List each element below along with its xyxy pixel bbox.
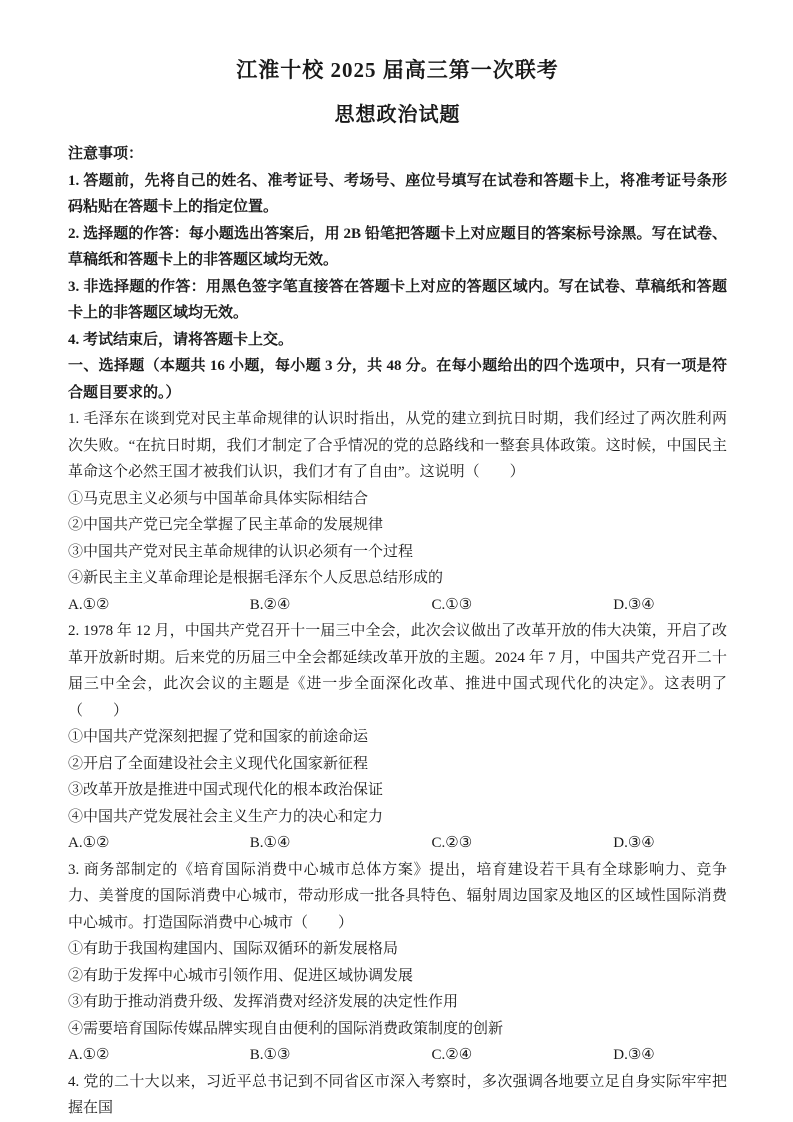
- question-4-stem-partial: 4. 党的二十大以来，习近平总书记到不同省区市深入考察时，多次强调各地要立足自身…: [68, 1069, 727, 1122]
- exam-title: 江淮十校 2025 届高三第一次联考: [68, 56, 727, 84]
- exam-subtitle: 思想政治试题: [68, 102, 727, 129]
- question-3-option-2: ②有助于发挥中心城市引领作用、促进区域协调发展: [68, 963, 727, 990]
- question-block-1: 1. 毛泽东在谈到党对民主革命规律的认识时指出，从党的建立到抗日时期，我们经过了…: [68, 406, 727, 618]
- notice-item-4: 4. 考试结束后，请将答题卡上交。: [68, 327, 727, 354]
- notice-item-1: 1. 答题前，先将自己的姓名、准考证号、考场号、座位号填写在试卷和答题卡上，将准…: [68, 168, 727, 221]
- choice-a: A.①②: [68, 592, 246, 619]
- choice-a: A.①②: [68, 830, 246, 857]
- question-2-answer-choices: A.①② B.①④ C.②③ D.③④: [68, 830, 727, 857]
- question-1-option-2: ②中国共产党已完全掌握了民主革命的发展规律: [68, 512, 727, 539]
- exam-paper: 江淮十校 2025 届高三第一次联考 思想政治试题 注意事项： 1. 答题前，先…: [0, 0, 793, 1122]
- question-3-option-4: ④需要培育国际传媒品牌实现自由便利的国际消费政策制度的创新: [68, 1016, 727, 1043]
- question-block-3: 3. 商务部制定的《培育国际消费中心城市总体方案》提出，培育建设若干具有全球影响…: [68, 857, 727, 1069]
- choice-b: B.①③: [250, 1042, 428, 1069]
- question-1-option-3: ③中国共产党对民主革命规律的认识必须有一个过程: [68, 539, 727, 566]
- question-1-option-1: ①马克思主义必须与中国革命具体实际相结合: [68, 486, 727, 513]
- choice-b: B.②④: [250, 592, 428, 619]
- choice-c: C.②④: [432, 1042, 610, 1069]
- question-2-option-1: ①中国共产党深刻把握了党和国家的前途命运: [68, 724, 727, 751]
- question-2-option-2: ②开启了全面建设社会主义现代化国家新征程: [68, 751, 727, 778]
- choice-a: A.①②: [68, 1042, 246, 1069]
- choice-b: B.①④: [250, 830, 428, 857]
- choice-d: D.③④: [613, 1042, 654, 1069]
- question-block-2: 2. 1978 年 12 月，中国共产党召开十一届三中全会，此次会议做出了改革开…: [68, 618, 727, 857]
- question-3-stem: 3. 商务部制定的《培育国际消费中心城市总体方案》提出，培育建设若干具有全球影响…: [68, 857, 727, 937]
- question-3-answer-choices: A.①② B.①③ C.②④ D.③④: [68, 1042, 727, 1069]
- choice-c: C.②③: [432, 830, 610, 857]
- notice-section: 注意事项： 1. 答题前，先将自己的姓名、准考证号、考场号、座位号填写在试卷和答…: [68, 141, 727, 353]
- question-1-answer-choices: A.①② B.②④ C.①③ D.③④: [68, 592, 727, 619]
- choice-d: D.③④: [613, 592, 654, 619]
- choice-c: C.①③: [432, 592, 610, 619]
- notice-item-3: 3. 非选择题的作答：用黑色签字笔直接答在答题卡上对应的答题区域内。写在试卷、草…: [68, 274, 727, 327]
- question-2-option-3: ③改革开放是推进中国式现代化的根本政治保证: [68, 777, 727, 804]
- question-2-stem: 2. 1978 年 12 月，中国共产党召开十一届三中全会，此次会议做出了改革开…: [68, 618, 727, 724]
- notice-heading: 注意事项：: [68, 141, 727, 168]
- question-1-stem: 1. 毛泽东在谈到党对民主革命规律的认识时指出，从党的建立到抗日时期，我们经过了…: [68, 406, 727, 486]
- section-heading: 一、选择题（本题共 16 小题，每小题 3 分，共 48 分。在每小题给出的四个…: [68, 353, 727, 406]
- question-3-option-3: ③有助于推动消费升级、发挥消费对经济发展的决定性作用: [68, 989, 727, 1016]
- question-2-option-4: ④中国共产党发展社会主义生产力的决心和定力: [68, 804, 727, 831]
- notice-item-2: 2. 选择题的作答：每小题选出答案后，用 2B 铅笔把答题卡上对应题目的答案标号…: [68, 221, 727, 274]
- question-1-option-4: ④新民主主义革命理论是根据毛泽东个人反思总结形成的: [68, 565, 727, 592]
- choice-d: D.③④: [613, 830, 654, 857]
- question-3-option-1: ①有助于我国构建国内、国际双循环的新发展格局: [68, 936, 727, 963]
- question-block-4: 4. 党的二十大以来，习近平总书记到不同省区市深入考察时，多次强调各地要立足自身…: [68, 1069, 727, 1122]
